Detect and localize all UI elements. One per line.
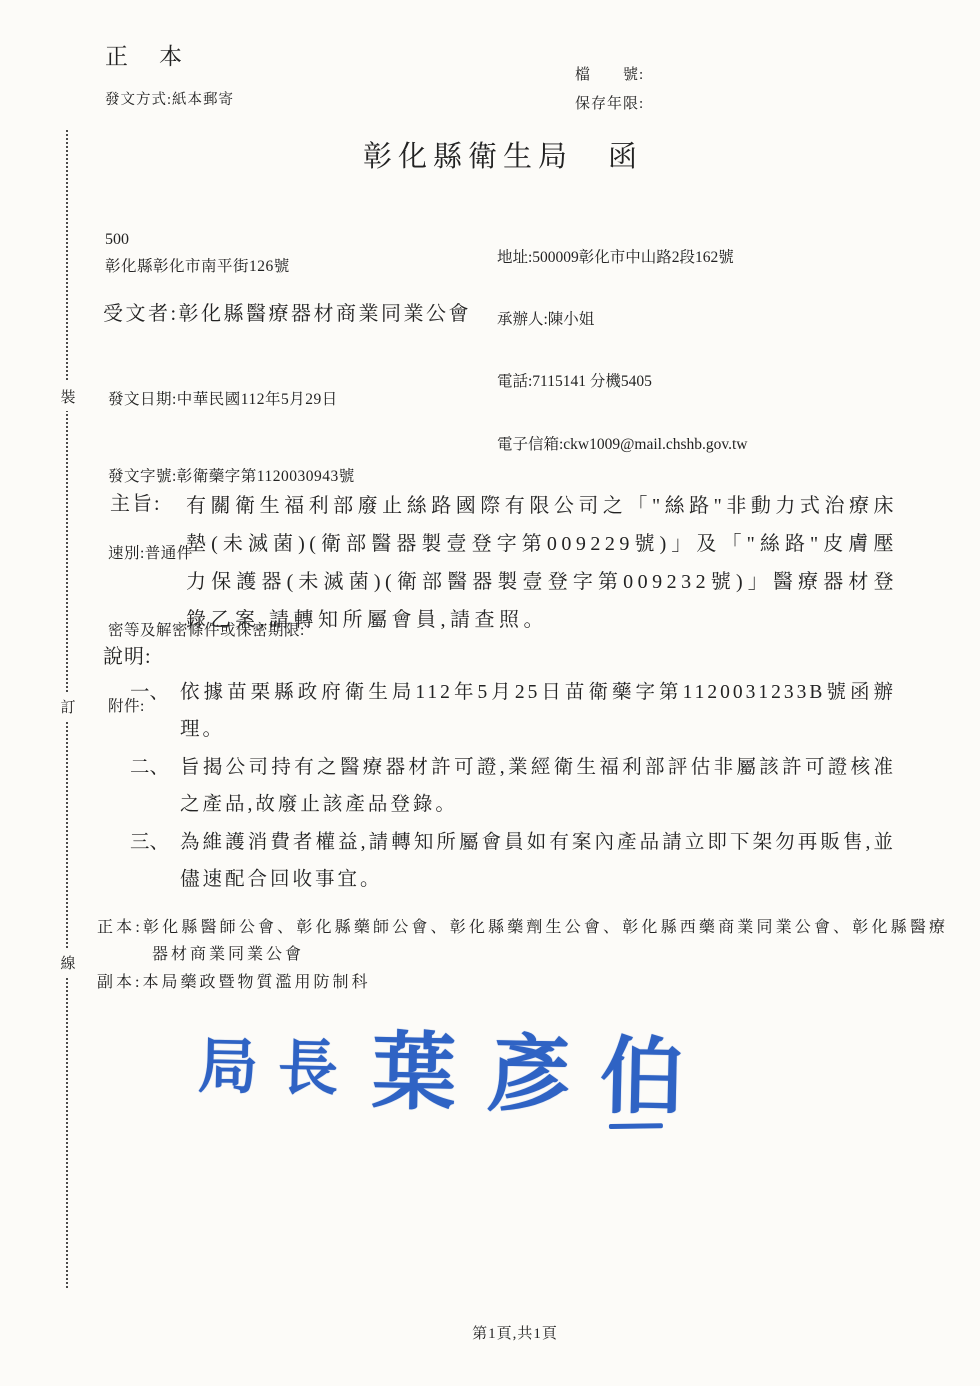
subject-label: 主旨: [110,487,186,639]
issuer-email: 電子信箱:ckw1009@mail.chshb.gov.tw [497,435,747,456]
issuer-phone: 電話:7115141 分機5405 [497,372,747,393]
delivery-method-label: 發文方式:紙本郵寄 [105,88,234,109]
binding-mark-zhuang: 裝 [58,382,78,411]
issuer-address: 地址:500009彰化市中山路2段162號 [497,248,747,269]
explanation-item-1: 一、 依據苗栗縣政府衛生局112年5月25日苗衛藥字第1120031233B號函… [130,674,896,748]
item-text: 旨揭公司持有之醫療器材許可證,業經衛生福利部評估非屬該許可證核准之產品,故廢止該… [180,749,896,823]
item-number: 一、 [130,674,180,748]
binding-mark-ding: 訂 [58,692,78,721]
item-number: 三、 [130,824,180,898]
subject-section: 主旨: 有關衛生福利部廢止絲路國際有限公司之「"絲路"非動力式治療床墊(未滅菌)… [110,487,898,639]
distribution-copy-line: 副本:本局藥政暨物質濫用防制科 [97,969,370,992]
item-text: 為維護消費者權益,請轉知所屬會員如有案內產品請立即下架勿再販售,並儘速配合回收事… [180,824,896,898]
document-number: 發文字號:彰衛藥字第1120030943號 [108,464,355,490]
signature-underline-mark [609,1123,663,1129]
copy-type-label: 正 本 [105,38,186,71]
page-number-footer: 第1頁,共1頁 [25,1322,980,1343]
binding-mark-xian: 線 [58,948,78,977]
issuer-contact-block: 地址:500009彰化市中山路2段162號 承辦人:陳小姐 電話:7115141… [497,206,747,497]
item-text: 依據苗栗縣政府衛生局112年5月25日苗衛藥字第1120031233B號函辦理。 [180,674,896,748]
item-number: 二、 [130,749,180,823]
recipient-line: 受文者:彰化縣醫療器材商業同業公會 [103,297,471,326]
explanation-item-3: 三、 為維護消費者權益,請轉知所屬會員如有案內產品請立即下架勿再販售,並儘速配合… [130,824,896,898]
file-number-label: 檔 號: [575,63,644,84]
official-letter-document: 正 本 發文方式:紙本郵寄 檔 號: 保存年限: 彰化縣衛生局 函 地址:500… [0,0,980,1386]
explanation-item-2: 二、 旨揭公司持有之醫療器材許可證,業經衛生福利部評估非屬該許可證核准之產品,故… [130,749,896,823]
issue-date: 發文日期:中華民國112年5月29日 [108,387,355,413]
director-signature-stamp: 局長 葉彥伯 [197,994,730,1150]
distribution-original-line: 正本:彰化縣醫師公會、彰化縣藥師公會、彰化縣藥劑生公會、彰化縣西藥商業同業公會、… [97,914,948,968]
document-title: 彰化縣衛生局 函 [363,134,643,175]
subject-text: 有關衛生福利部廢止絲路國際有限公司之「"絲路"非動力式治療床墊(未滅菌)(衛部醫… [186,487,898,639]
signature-title: 局長 [197,1018,359,1107]
retention-period-label: 保存年限: [575,92,644,113]
issuer-contact-person: 承辦人:陳小姐 [497,310,747,331]
explanation-label: 說明: [103,640,152,669]
signature-name: 葉彥伯 [371,1004,715,1132]
recipient-street-address: 彰化縣彰化市南平街126號 [105,254,290,276]
recipient-postal-code: 500 [105,231,129,249]
